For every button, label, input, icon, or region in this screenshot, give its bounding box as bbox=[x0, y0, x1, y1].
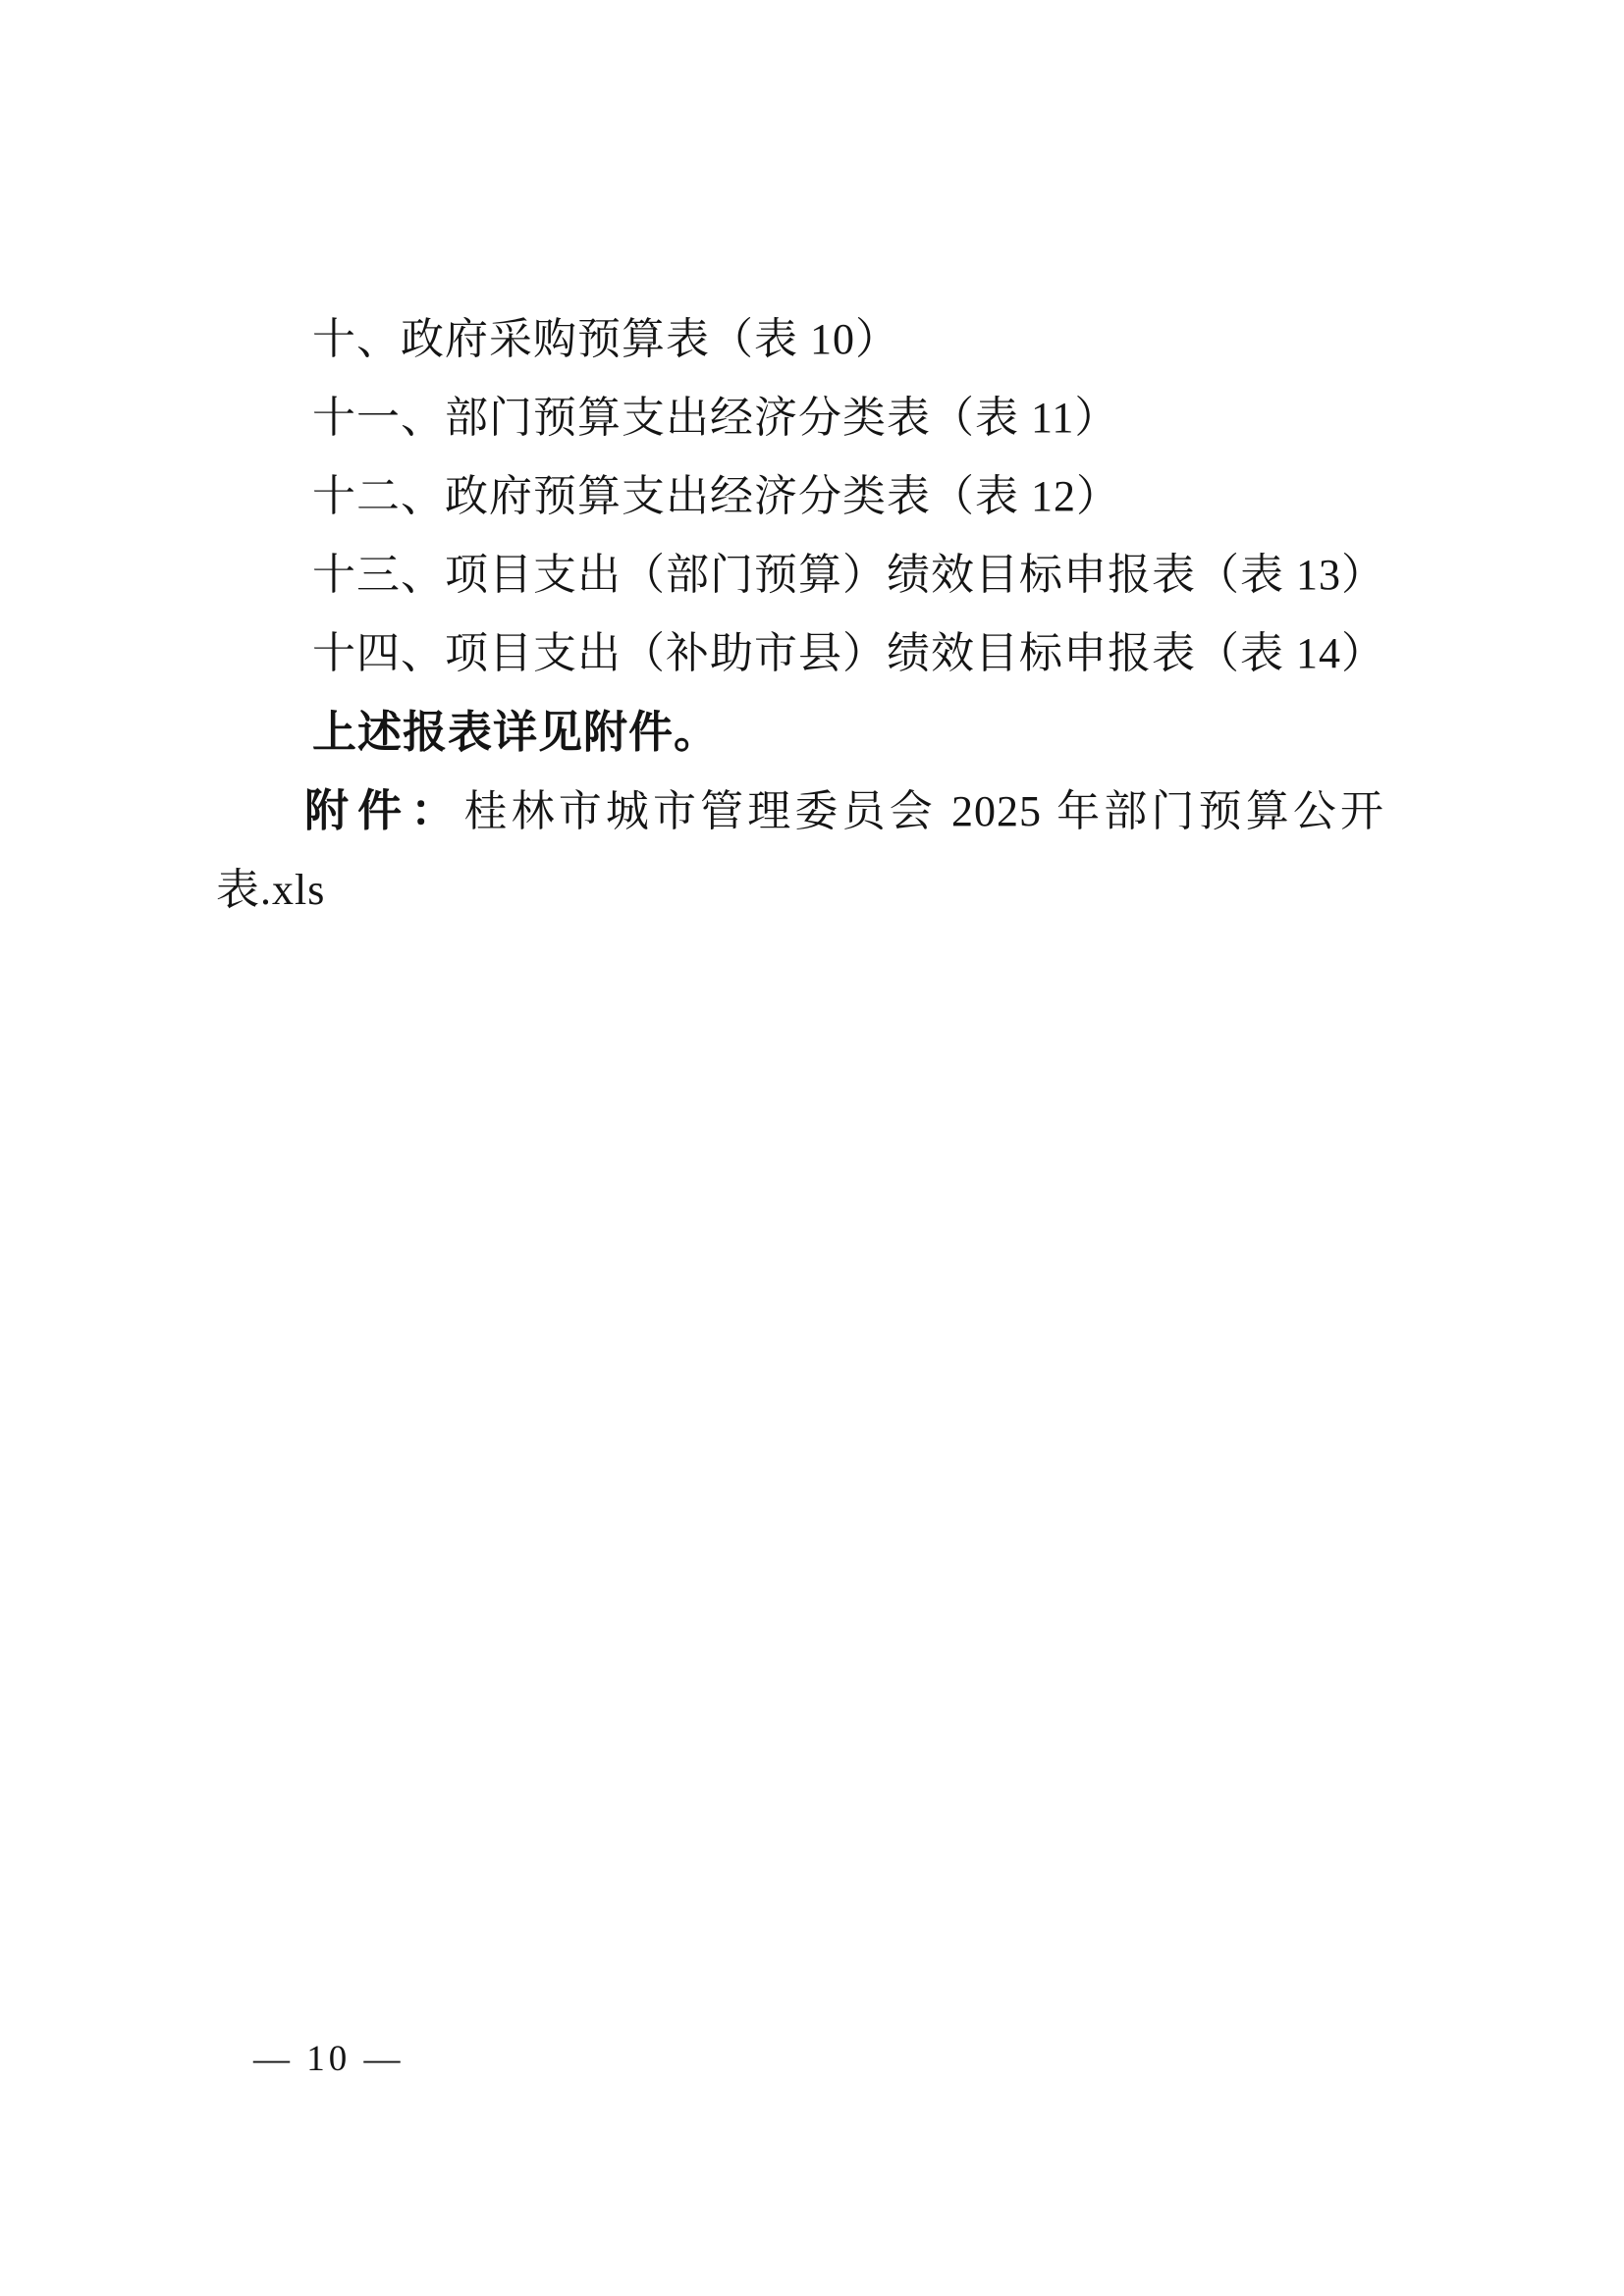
document-page: 十、政府采购预算表（表 10） 十一、部门预算支出经济分类表（表 11） 十二、… bbox=[0, 0, 1624, 2296]
page-number: — 10 — bbox=[253, 2038, 405, 2080]
attachment-title: 桂林市城市管理委员会 2025 年部门预算公开 bbox=[463, 787, 1384, 835]
list-item-table-11: 十一、部门预算支出经济分类表（表 11） bbox=[216, 379, 1384, 457]
list-item-table-13: 十三、项目支出（部门预算）绩效目标申报表（表 13） bbox=[216, 536, 1384, 614]
list-item-table-12: 十二、政府预算支出经济分类表（表 12） bbox=[216, 457, 1384, 536]
attachment-label: 附件： bbox=[304, 785, 463, 835]
attachment-title-continuation: 表.xls bbox=[216, 851, 1384, 930]
list-item-table-14: 十四、项目支出（补助市县）绩效目标申报表（表 14） bbox=[216, 614, 1384, 693]
document-body: 十、政府采购预算表（表 10） 十一、部门预算支出经济分类表（表 11） 十二、… bbox=[216, 300, 1384, 930]
list-item-table-10: 十、政府采购预算表（表 10） bbox=[216, 300, 1384, 379]
attachment-note: 上述报表详见附件。 bbox=[216, 693, 1384, 772]
attachment-line: 附件：桂林市城市管理委员会 2025 年部门预算公开 bbox=[216, 772, 1384, 851]
